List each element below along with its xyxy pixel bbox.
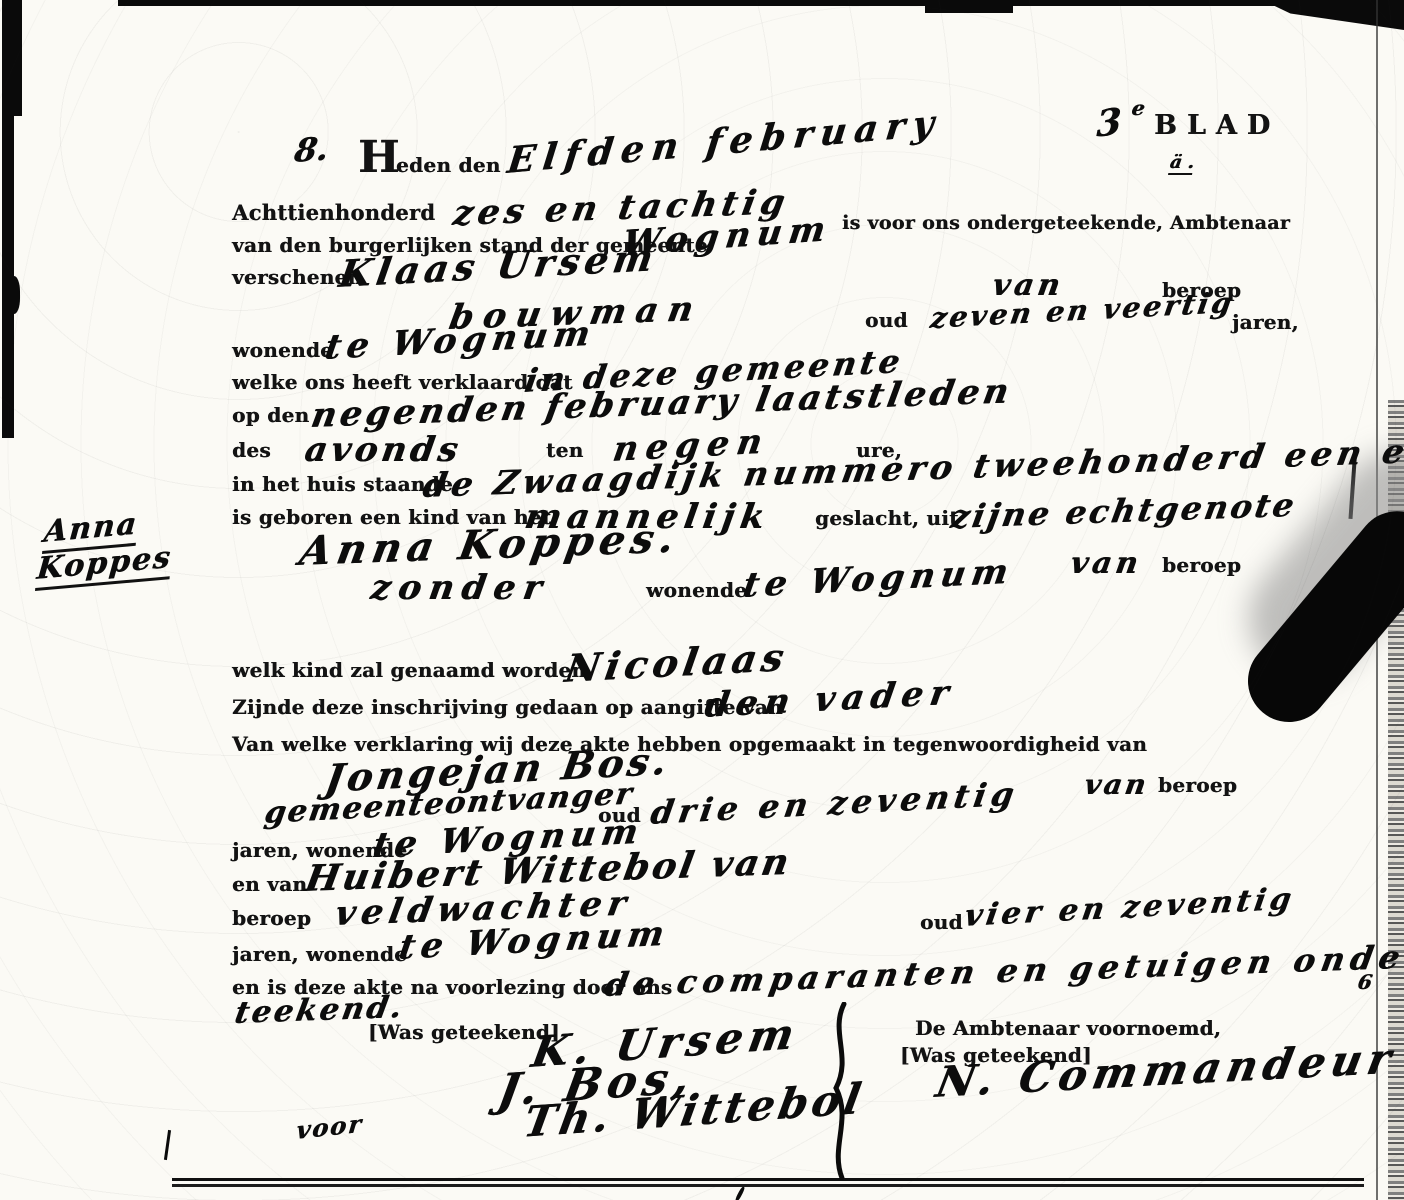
scan-top-patch xyxy=(925,0,1013,13)
des-label: des xyxy=(232,438,271,462)
act-date-handwritten: Elfden february xyxy=(505,101,944,182)
witnesses-intro-label: Van welke verklaring wij deze akte hebbe… xyxy=(232,732,1147,756)
scan-left-nub xyxy=(5,276,20,314)
witness2-residence-label: jaren, wonende xyxy=(232,942,407,966)
daypart-handwritten: avonds xyxy=(302,430,464,470)
page-number-handwritten: 3 xyxy=(1096,100,1122,146)
scan-left-bar xyxy=(2,108,14,438)
mother-residence-handwritten: te Wognum xyxy=(740,551,1016,606)
scan-top-border xyxy=(118,0,1404,6)
beroep-label-4: beroep xyxy=(232,906,311,930)
closing-signed-handwritten: de comparanten en getuigen onder- xyxy=(602,936,1404,1004)
voor-mark-handwritten: voor xyxy=(295,1109,364,1145)
wonende-label-2: wonende xyxy=(646,578,747,602)
act-number: 8. xyxy=(292,129,331,170)
ten-label: ten xyxy=(546,438,583,462)
page-blad-label: BLAD xyxy=(1154,110,1280,141)
witness2-age-handwritten: vier en zeventig xyxy=(962,881,1297,934)
op-den-label: op den xyxy=(232,403,309,427)
bottom-partial-stroke xyxy=(734,1186,745,1200)
ambtenaar-voornoemd-label: De Ambtenaar voornoemd, xyxy=(915,1016,1221,1040)
witness2-intro-label: en van xyxy=(232,872,307,896)
was-geteekend-left-label: [Was geteekend] xyxy=(368,1020,560,1044)
beroep-label-3: beroep xyxy=(1158,773,1237,797)
birth-certificate-scan: 3 e BLAD ä . 8. H eden den Elfden februa… xyxy=(0,0,1404,1200)
child-name-label: welk kind zal genaamd worden xyxy=(232,658,586,682)
van-handwritten-3: van xyxy=(1082,768,1151,801)
declarant-age-handwritten: zeven en veertig xyxy=(928,286,1236,335)
bottom-double-rule xyxy=(172,1178,1364,1187)
scan-bottom-left-tick xyxy=(164,1130,171,1160)
spouse-handwritten: zijne echtgenote xyxy=(948,486,1300,536)
oud-label-3: oud xyxy=(920,910,963,934)
heden-rest-label: eden den xyxy=(396,153,501,177)
year-printed-label: Achttienhonderd xyxy=(232,200,435,225)
registrar-intro-label: is voor ons ondergeteekende, Ambtenaar xyxy=(842,212,1290,234)
van-handwritten-2: van xyxy=(1068,546,1144,581)
scan-top-right-corner xyxy=(1262,0,1404,30)
oud-label-1: oud xyxy=(865,308,908,332)
signature-brace xyxy=(822,1002,862,1180)
closing-small-mark: 6 xyxy=(1356,970,1374,994)
page-blad-mark: ä . xyxy=(1168,152,1196,175)
witness1-age-handwritten: drie en zeventig xyxy=(648,774,1021,832)
wonende-label-1: wonende xyxy=(232,338,333,362)
geslacht-uit-label: geslacht, uit xyxy=(815,506,959,530)
jaren-label-1: jaren, xyxy=(1232,310,1299,334)
house-label: in het huis staande xyxy=(232,472,453,496)
aangifte-label: Zijnde deze inschrijving gedaan op aangi… xyxy=(232,695,783,719)
page-number-superscript: e xyxy=(1130,96,1147,120)
scan-left-bar-top xyxy=(2,0,22,116)
beroep-label-2: beroep xyxy=(1162,553,1241,577)
mother-occupation-handwritten: zonder xyxy=(368,568,552,608)
heden-initial: H xyxy=(358,132,400,183)
